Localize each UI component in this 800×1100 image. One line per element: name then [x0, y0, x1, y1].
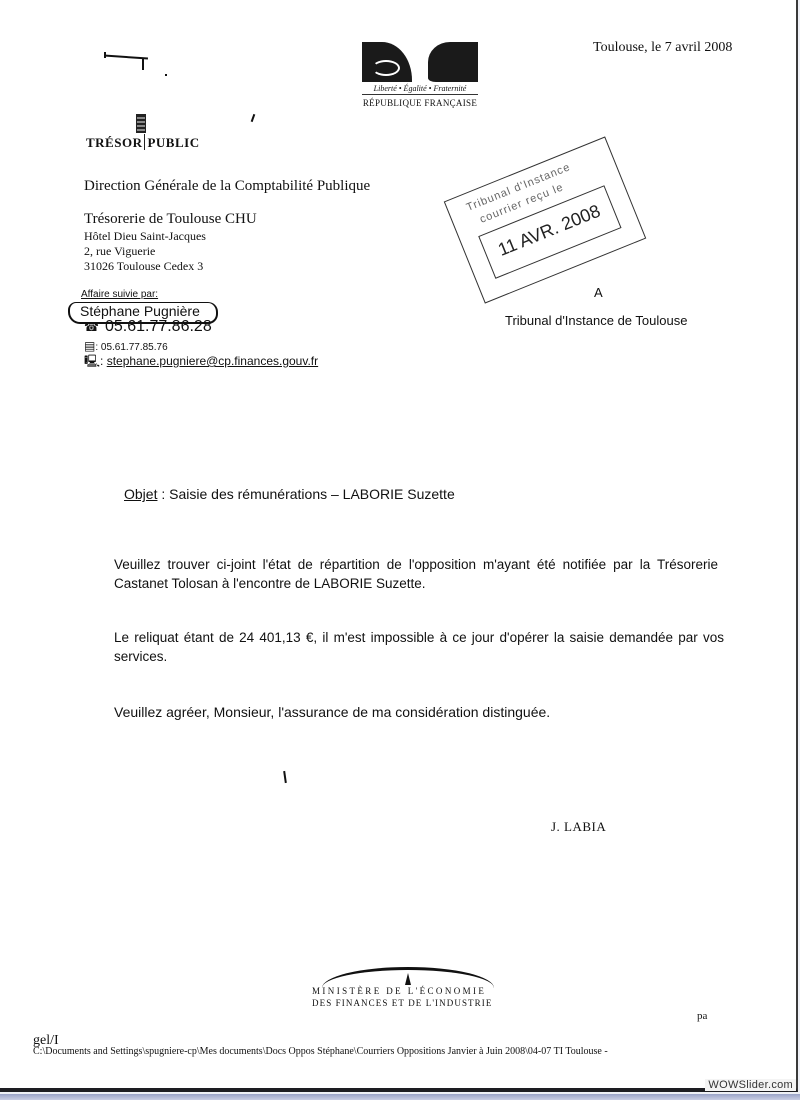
- slider-frame-bottom: [0, 1094, 800, 1100]
- letter-paragraph: Le reliquat étant de 24 401,13 €, il m'e…: [114, 628, 724, 666]
- logo-left-text: TRÉSOR: [86, 135, 142, 150]
- computer-icon: 🖳: [84, 354, 100, 368]
- recipient-prefix: A: [594, 285, 603, 300]
- republic-name: RÉPUBLIQUE FRANÇAISE: [362, 98, 478, 108]
- typist-initials: pa: [697, 1010, 707, 1022]
- ministry-name-line-2: DES FINANCES ET DE L'INDUSTRIE: [312, 998, 492, 1008]
- republique-francaise-logo: Liberté • Égalité • Fraternité RÉPUBLIQU…: [362, 42, 478, 110]
- contact-agent-name: Stéphane Pugnière: [80, 303, 200, 319]
- sender-office: Trésorerie de Toulouse CHU: [84, 211, 257, 228]
- letter-subject: Objet : Saisie des rémunérations – LABOR…: [124, 486, 455, 502]
- sender-direction: Direction Générale de la Comptabilité Pu…: [84, 178, 370, 195]
- letter-paragraph: Veuillez trouver ci-joint l'état de répa…: [114, 555, 718, 593]
- sender-address-line: 31026 Toulouse Cedex 3: [84, 259, 203, 274]
- logo-right-text: PUBLIC: [147, 135, 199, 150]
- contact-fax: ▤: 05.61.77.85.76: [84, 339, 168, 353]
- signatory-name: J. LABIA: [551, 819, 606, 835]
- ministry-logo-tower: [405, 973, 411, 985]
- tresor-public-tower-icon: [136, 114, 146, 133]
- watermark[interactable]: WOWSlider.com: [705, 1079, 796, 1091]
- email-link[interactable]: stephane.pugniere@cp.finances.gouv.fr: [107, 354, 318, 368]
- republic-motto: Liberté • Égalité • Fraternité: [362, 84, 478, 95]
- contact-phone: ☎05.61.77.86.28: [84, 318, 212, 336]
- ministry-name-line-1: MINISTÈRE DE L'ÉCONOMIE: [312, 986, 486, 996]
- contact-label: Affaire suivie par:: [81, 289, 158, 300]
- handwritten-mark: [142, 58, 144, 70]
- telephone-icon: ☎: [84, 320, 99, 334]
- handwritten-mark: [283, 771, 287, 783]
- contact-email: 🖳: stephane.pugniere@cp.finances.gouv.fr: [84, 352, 318, 373]
- handwritten-dot: [165, 74, 167, 76]
- recipient-name: Tribunal d'Instance de Toulouse: [505, 313, 687, 328]
- phone-number: 05.61.77.86.28: [105, 318, 212, 335]
- fax-icon: ▤: [84, 339, 95, 353]
- marianne-emblem-left: [362, 42, 412, 82]
- document-file-path: C:\Documents and Settings\spugniere-cp\M…: [33, 1046, 608, 1057]
- letter-closing: Veuillez agréer, Monsieur, l'assurance d…: [114, 703, 718, 722]
- tresor-public-logo: TRÉSORPUBLIC: [86, 134, 200, 151]
- handwritten-mark: [251, 114, 256, 122]
- subject-label: Objet: [124, 486, 157, 502]
- letter-date: Toulouse, le 7 avril 2008: [593, 40, 732, 56]
- sender-address-line: 2, rue Viguerie: [84, 244, 155, 259]
- reception-stamp: Tribunal d'Instance courrier reçu le 11 …: [444, 136, 647, 303]
- scanned-letter-page: Liberté • Égalité • Fraternité RÉPUBLIQU…: [0, 0, 798, 1092]
- email-prefix: :: [100, 354, 103, 368]
- subject-text: : Saisie des rémunérations – LABORIE Suz…: [157, 486, 454, 502]
- handwritten-mark: [104, 52, 106, 58]
- sender-address-line: Hôtel Dieu Saint-Jacques: [84, 229, 206, 244]
- marianne-emblem-right: [428, 42, 478, 82]
